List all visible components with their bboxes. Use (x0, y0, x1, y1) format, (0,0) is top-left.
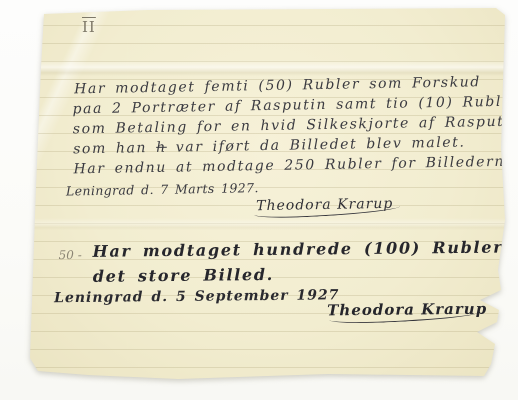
paper-sheet-wrap: II Har modtaget femti (50) Rubler som Fo… (28, 8, 506, 380)
entry2-dateline: Leningrad d. 5 September 1927 (54, 287, 340, 306)
scanned-receipt: II Har modtaget femti (50) Rubler som Fo… (0, 0, 518, 400)
entry2-margin-note-pencil: 50 - (59, 248, 82, 262)
entry2-line1: Har modtaget hundrede (100) Rubler for (92, 237, 518, 261)
entry2-line2: det store Billed. (93, 265, 274, 286)
paper-sheet: II Har modtaget femti (50) Rubler som Fo… (28, 8, 506, 380)
receipt-entry-september: 50 - Har modtaget hundrede (100) Rubler … (26, 6, 508, 383)
